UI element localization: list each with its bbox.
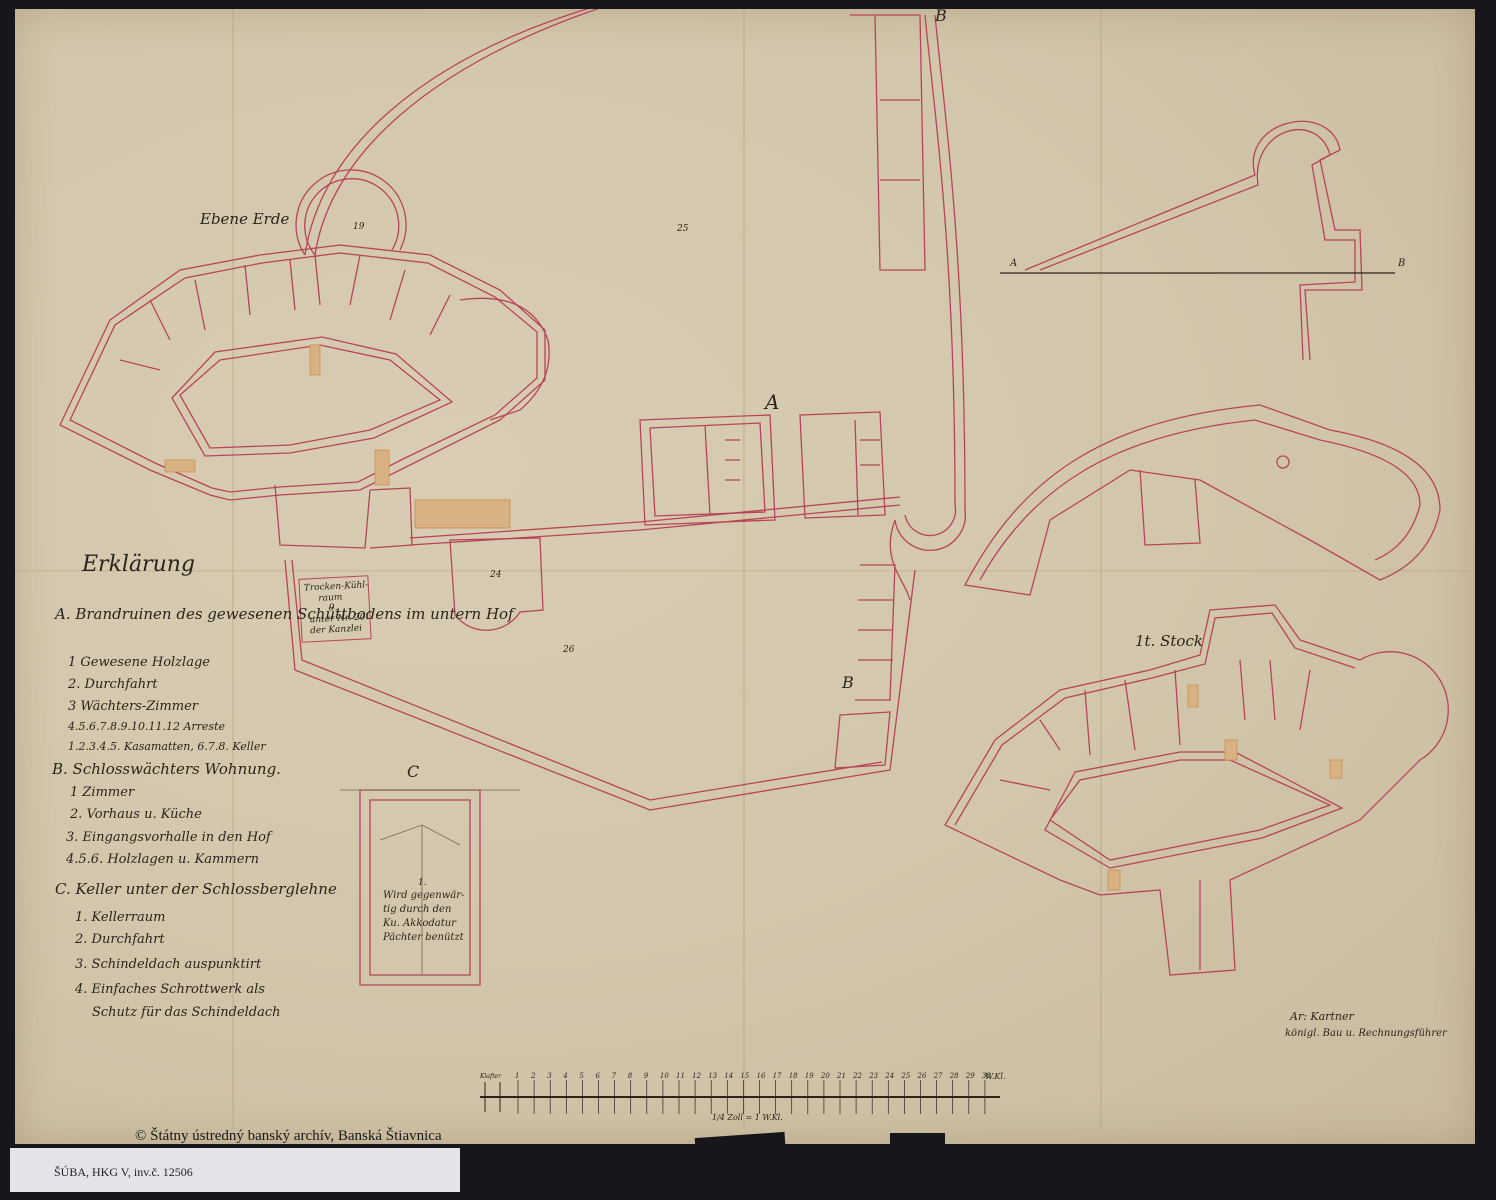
scale-tick-label: 10 — [660, 1072, 669, 1080]
scale-tick-label: 4 — [563, 1072, 567, 1080]
legend-item: 3. Schindeldach auspunktirt — [75, 957, 261, 972]
scale-tick-label: 18 — [789, 1072, 798, 1080]
court-number: 24 — [490, 570, 501, 580]
ground-floor-title: Ebene Erde — [200, 210, 289, 228]
legend-item: 1 Zimmer — [70, 785, 134, 800]
scale-tick-label: 8 — [628, 1072, 632, 1080]
signature-line: Ar: Kartner — [1290, 1010, 1354, 1023]
note-line: raum — [318, 593, 342, 604]
legend-item: 1. Kellerraum — [75, 910, 165, 925]
tower-19 — [296, 170, 406, 255]
scale-tick-label: 11 — [676, 1072, 685, 1080]
scale-caption: 1/4 Zoll = 1 W.Kl. — [712, 1113, 783, 1122]
note-line: 1. — [418, 878, 427, 888]
copyright-text: © Štátny ústredný banský archív, Banská … — [135, 1128, 442, 1145]
casemates-plan — [965, 405, 1440, 595]
legend-item: 1.2.3.4.5. Kasamatten, 6.7.8. Keller — [68, 740, 266, 753]
scale-tick-label: 7 — [612, 1072, 616, 1080]
court-number: 25 — [677, 224, 688, 234]
scale-tick-label: 12 — [692, 1072, 701, 1080]
torn-edge — [890, 1133, 945, 1145]
frame-top — [0, 0, 1496, 9]
court-number: 19 — [353, 222, 364, 232]
scale-tick-label: 29 — [966, 1072, 975, 1080]
legend-item: 2. Durchfahrt — [75, 932, 165, 947]
legend-item: 2. Vorhaus u. Küche — [70, 807, 202, 822]
scale-tick-label: 28 — [950, 1072, 959, 1080]
legend-title: Erklärung — [82, 552, 195, 577]
first-floor-title: 1t. Stock — [1135, 632, 1203, 650]
scale-tick-label: 27 — [934, 1072, 943, 1080]
legend-heading-b: B. Schlosswächters Wohnung. — [52, 760, 281, 778]
frame-right — [1475, 0, 1496, 1200]
legend-item: 3 Wächters-Zimmer — [68, 699, 198, 714]
legend-item: 4.5.6.7.8.9.10.11.12 Arreste — [68, 720, 225, 733]
signature-line: königl. Bau u. Rechnungsführer — [1285, 1028, 1447, 1039]
section-c-label: C — [407, 762, 419, 781]
scale-tick-label: 25 — [901, 1072, 910, 1080]
section-a-label: A — [765, 390, 779, 414]
scale-tick-label: 1 — [515, 1072, 519, 1080]
court-number: 26 — [563, 645, 574, 655]
scale-tick-label: 20 — [821, 1072, 830, 1080]
note-line: Trocken-Kühl- — [304, 580, 369, 593]
legend-item: 1 Gewesene Holzlage — [68, 655, 210, 670]
corridor-b — [890, 15, 965, 600]
scale-tick-label: 16 — [757, 1072, 766, 1080]
legend-item: Schutz für das Schindeldach — [92, 1005, 281, 1020]
scale-tick-label: 19 — [805, 1072, 814, 1080]
scale-tick-label: 15 — [740, 1072, 749, 1080]
note-line: tig durch den — [383, 904, 451, 915]
section-profile — [1025, 121, 1362, 360]
legend-item: 2. Durchfahrt — [68, 677, 158, 692]
scale-tick-label: 3 — [547, 1072, 551, 1080]
scale-tick-label: 9 — [644, 1072, 648, 1080]
scale-tick-label: 23 — [869, 1072, 878, 1080]
scale-tick-label: 26 — [918, 1072, 927, 1080]
note-line: der Kanzlei — [310, 624, 362, 637]
scale-tick-label: 24 — [885, 1072, 894, 1080]
note-line: Wird gegenwär- — [383, 890, 464, 901]
catalog-number: ŠÚBA, HKG V, inv.č. 12506 — [54, 1165, 193, 1180]
scale-tick-label: 21 — [837, 1072, 846, 1080]
first-floor-courtyard — [1050, 760, 1330, 860]
scale-end-label: W.Kl. — [985, 1072, 1005, 1081]
legend-item: 4.5.6. Holzlagen u. Kammern — [66, 852, 259, 867]
scale-tick-label: 22 — [853, 1072, 862, 1080]
profile-label-b: B — [1398, 258, 1405, 269]
scale-left-label: Klafter — [480, 1073, 501, 1080]
scale-tick-label: 13 — [708, 1072, 717, 1080]
ground-floor-outline — [60, 245, 545, 500]
legend-item: 3. Eingangsvorhalle in den Hof — [66, 830, 271, 845]
floor-plan-drawing — [0, 0, 1496, 1200]
legend-heading-a: A. Brandruinen des gewesenen Schüttboden… — [55, 605, 514, 623]
legend-heading-c: C. Keller unter der Schlossberglehne — [55, 880, 337, 898]
frame-left — [0, 0, 15, 1200]
scale-tick-label: 6 — [596, 1072, 600, 1080]
scale-tick-label: 5 — [579, 1072, 583, 1080]
section-b-label: B — [842, 673, 854, 692]
curved-wall-a — [305, 8, 590, 255]
legend-item: 4. Einfaches Schrottwerk als — [75, 982, 265, 997]
scale-tick-label: 17 — [773, 1072, 782, 1080]
scale-tick-label: 14 — [724, 1072, 733, 1080]
note-line: Pächter benützt — [383, 932, 464, 943]
scale-tick-label: 2 — [531, 1072, 535, 1080]
note-line: Ku. Akkodatur — [383, 918, 456, 929]
first-floor-outline — [945, 605, 1448, 975]
profile-label-a: A — [1010, 258, 1017, 269]
scale-bar-drawing — [480, 1082, 1000, 1112]
